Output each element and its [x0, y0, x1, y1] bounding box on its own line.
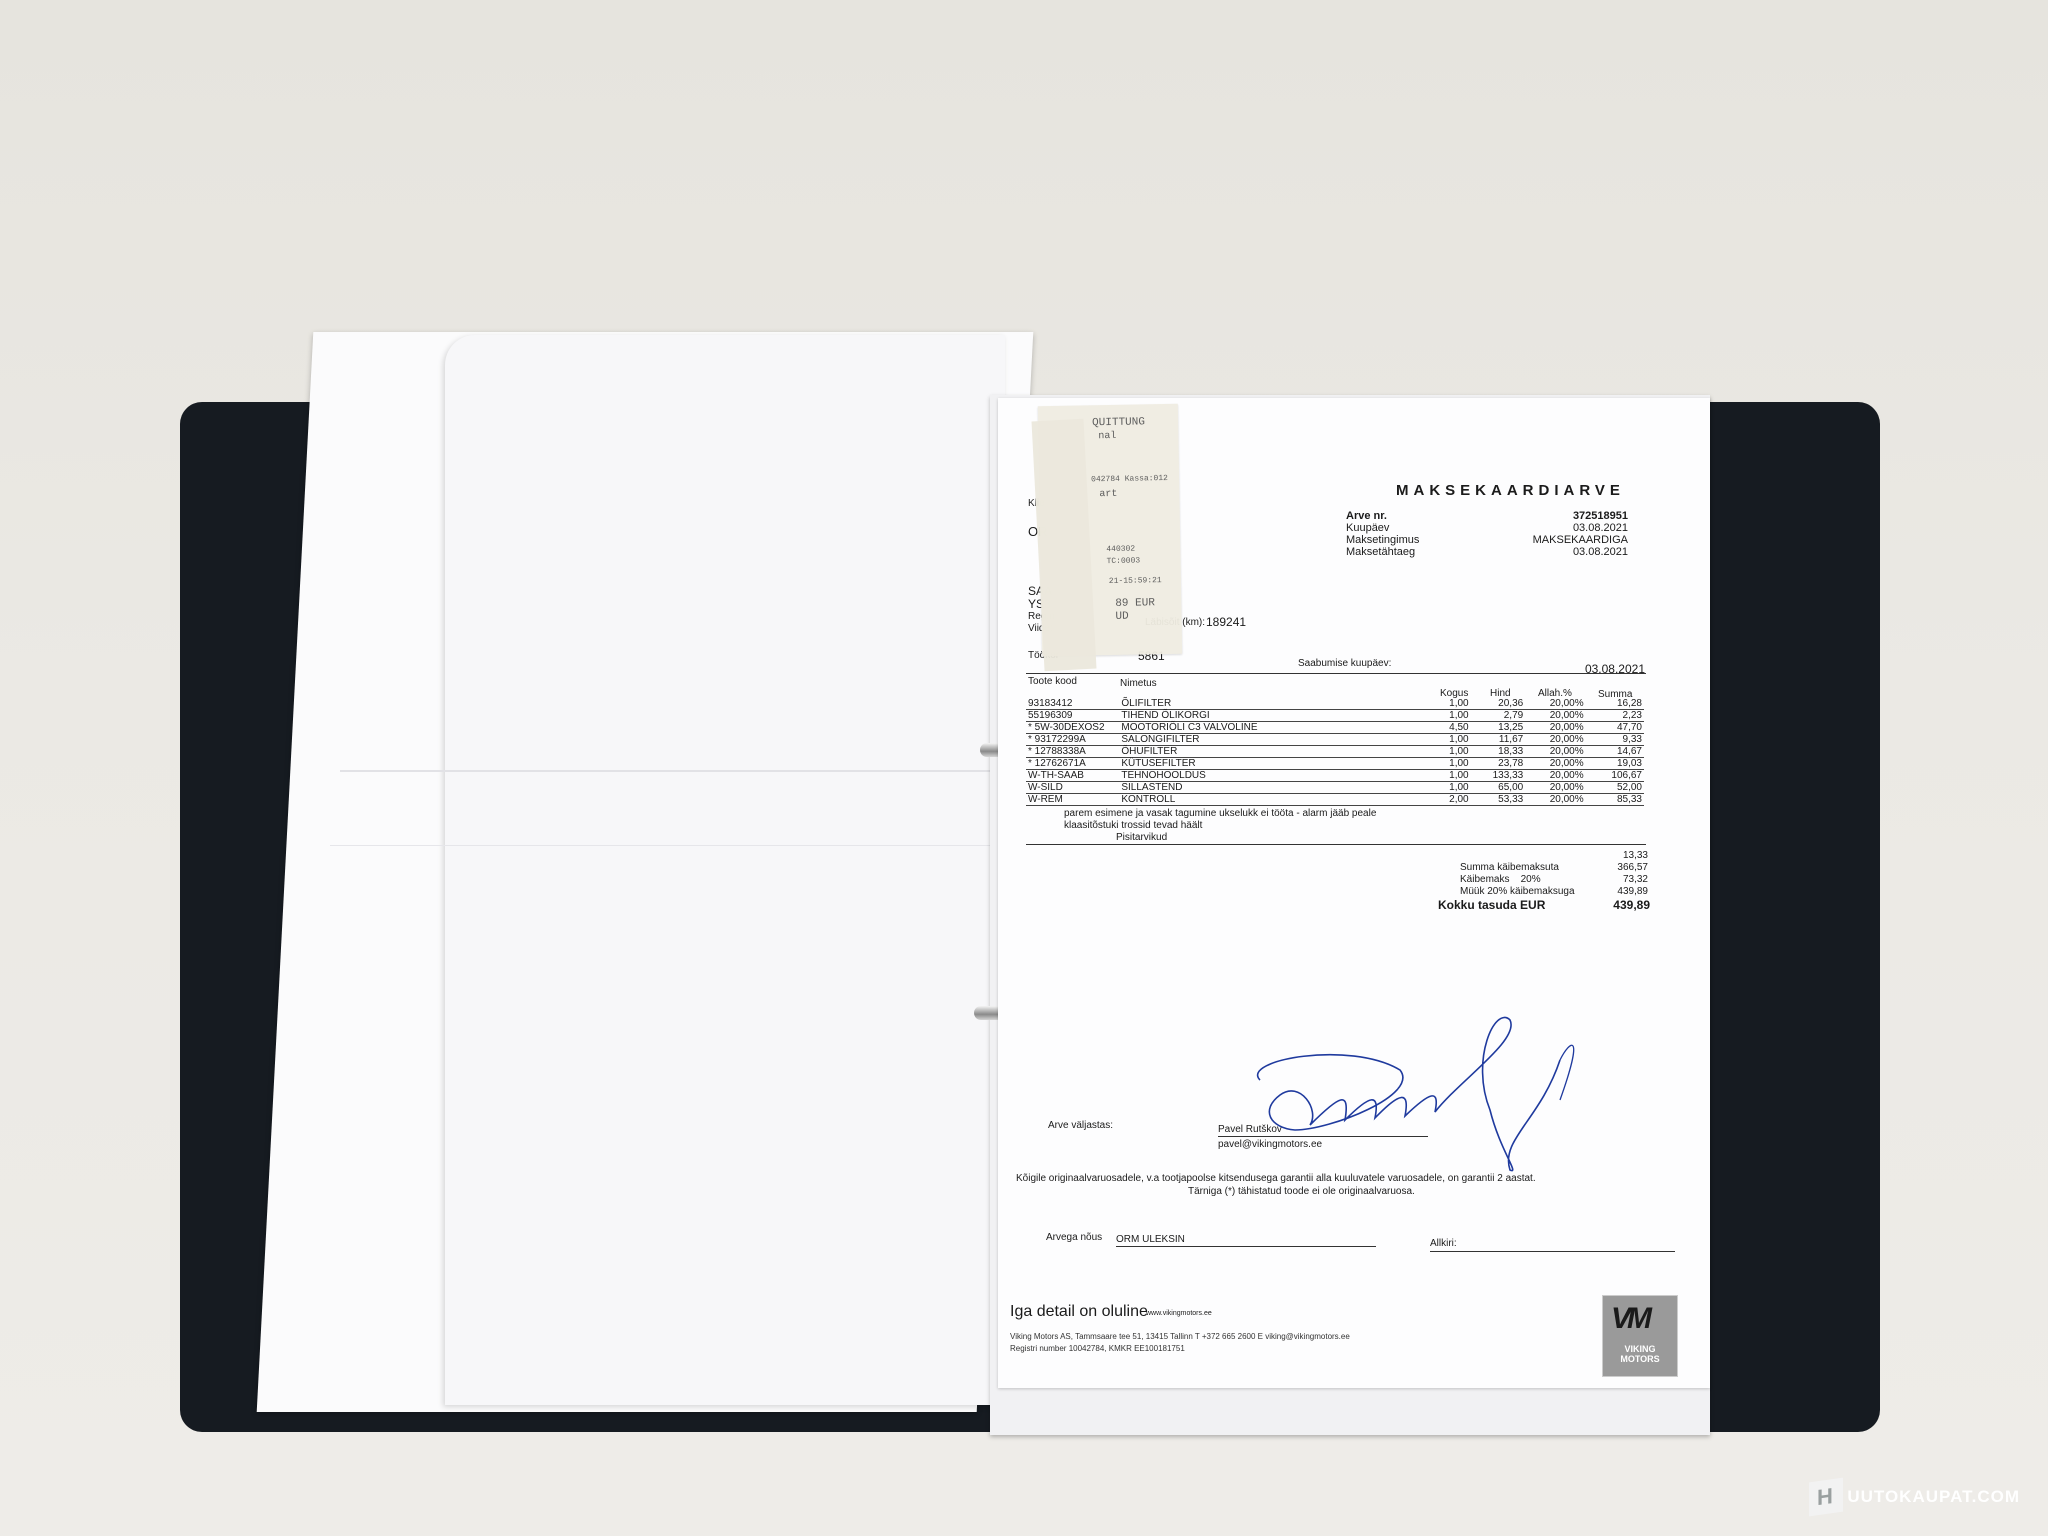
table-row: * 12788338AÕHUFILTER1,0018,3320,00%14,67	[1026, 746, 1644, 758]
item-name: TIHEND ÕLIKORGI	[1119, 710, 1418, 722]
item-price: 23,78	[1471, 758, 1526, 770]
item-price: 20,36	[1471, 698, 1526, 710]
logo-mark: VM	[1611, 1302, 1648, 1336]
receipt-line: nal	[1098, 431, 1116, 442]
footer-url: www.vikingmotors.ee	[1146, 1310, 1212, 1317]
item-code: 93183412	[1026, 698, 1119, 710]
receipt-line: 440302	[1106, 545, 1135, 555]
footer-company: Viking Motors AS, Tammsaare tee 51, 1341…	[1010, 1332, 1350, 1341]
item-sum: 85,33	[1586, 794, 1644, 806]
table-row: W-REMKONTROLL2,0053,3320,00%85,33	[1026, 794, 1644, 806]
item-price: 11,67	[1471, 734, 1526, 746]
extra-value: 13,33	[1623, 850, 1648, 861]
footer-registry: Registri number 10042784, KMKR EE1001817…	[1010, 1344, 1185, 1353]
item-qty: 1,00	[1419, 758, 1471, 770]
invoice-number: 372518951	[1573, 510, 1628, 522]
item-discount: 20,00%	[1525, 734, 1585, 746]
item-code: W-SILD	[1026, 782, 1119, 794]
item-code: W-REM	[1026, 794, 1119, 806]
item-name: MOOTORIÕLI C3 VALVOLINE	[1119, 722, 1418, 734]
item-code: 55196309	[1026, 710, 1119, 722]
item-code: * 5W-30DEXOS2	[1026, 722, 1119, 734]
subtotal-label: Summa käibemaksuta	[1460, 862, 1559, 873]
vat-label: Käibemaks 20%	[1460, 874, 1541, 885]
viking-motors-logo: VM VIKINGMOTORS	[1602, 1295, 1678, 1377]
payment-terms: MAKSEKAARDIGA	[1533, 534, 1628, 546]
item-sum: 106,67	[1586, 770, 1644, 782]
signature-icon	[0, 1000, 1700, 1200]
left-page-folded	[445, 335, 1005, 1405]
item-name: TEHNOHOOLDUS	[1119, 770, 1418, 782]
item-qty: 1,00	[1419, 710, 1471, 722]
receipt-line: art	[1099, 489, 1117, 500]
item-sum: 16,28	[1586, 698, 1644, 710]
table-row: * 12762671AKÜTUSEFILTER1,0023,7820,00%19…	[1026, 758, 1644, 770]
invoice-title: MAKSEKAARDIARVE	[1396, 482, 1625, 499]
item-discount: 20,00%	[1525, 794, 1585, 806]
receipt-line: 21-15:59:21	[1109, 576, 1162, 586]
item-qty: 2,00	[1419, 794, 1471, 806]
col-code-header: Toote kood	[1028, 676, 1077, 687]
table-row: * 93172299ASALONGIFILTER1,0011,6720,00%9…	[1026, 734, 1644, 746]
receipt-line: TC:0003	[1106, 556, 1140, 566]
logo-line: MOTORS	[1620, 1354, 1659, 1364]
item-discount: 20,00%	[1525, 710, 1585, 722]
item-code: * 12788338A	[1026, 746, 1119, 758]
table-row: 93183412ÕLIFILTER1,0020,3620,00%16,28	[1026, 698, 1644, 710]
footer-slogan: Iga detail on oluline	[1010, 1303, 1148, 1321]
item-qty: 1,00	[1419, 698, 1471, 710]
due-date-label: Maksetähtaeg	[1346, 546, 1415, 558]
vat-value: 73,32	[1623, 874, 1648, 885]
huutokaupat-logo-icon: H	[1809, 1478, 1843, 1517]
item-qty: 1,00	[1419, 782, 1471, 794]
item-discount: 20,00%	[1525, 722, 1585, 734]
item-sum: 14,67	[1586, 746, 1644, 758]
extra-label: Pisitarvikud	[1116, 832, 1167, 843]
item-sum: 47,70	[1586, 722, 1644, 734]
grand-total-label: Kokku tasuda EUR	[1438, 898, 1545, 912]
note-line: parem esimene ja vasak tagumine ukselukk…	[1064, 808, 1376, 819]
item-sum: 52,00	[1586, 782, 1644, 794]
receipt-line: QUITTUNG	[1092, 416, 1145, 429]
receipt-line: 042784 Kassa:012	[1091, 474, 1168, 484]
subtotal-value: 366,57	[1617, 862, 1648, 873]
item-discount: 20,00%	[1525, 758, 1585, 770]
note-line: klaasitõstuki trossid tevad häält	[1064, 820, 1202, 831]
table-row: * 5W-30DEXOS2MOOTORIÕLI C3 VALVOLINE4,50…	[1026, 722, 1644, 734]
item-price: 53,33	[1471, 794, 1526, 806]
item-discount: 20,00%	[1525, 698, 1585, 710]
invoice-date: 03.08.2021	[1573, 522, 1628, 534]
agree-name: ORM ULEKSIN	[1116, 1234, 1185, 1245]
total-with-vat-label: Müük 20% käibemaksuga	[1460, 886, 1575, 897]
item-name: SILLASTEND	[1119, 782, 1418, 794]
arrival-label: Saabumise kuupäev:	[1298, 658, 1391, 669]
item-code: * 12762671A	[1026, 758, 1119, 770]
item-code: * 93172299A	[1026, 734, 1119, 746]
item-price: 133,33	[1471, 770, 1526, 782]
mileage-value: 189241	[1206, 615, 1246, 629]
item-price: 65,00	[1471, 782, 1526, 794]
signature-label: Allkiri:	[1430, 1238, 1457, 1249]
payment-terms-label: Maksetingimus	[1346, 534, 1419, 546]
invoice-number-label: Arve nr.	[1346, 510, 1387, 522]
item-sum: 2,23	[1586, 710, 1644, 722]
item-sum: 19,03	[1586, 758, 1644, 770]
grand-total-value: 439,89	[1613, 898, 1650, 912]
invoice-date-label: Kuupäev	[1346, 522, 1389, 534]
total-with-vat-value: 439,89	[1617, 886, 1648, 897]
item-name: ÕHUFILTER	[1119, 746, 1418, 758]
agree-label: Arvega nõus	[1046, 1232, 1102, 1243]
item-code: W-TH-SAAB	[1026, 770, 1119, 782]
huutokaupat-watermark: H UUTOKAUPAT.COM	[1809, 1480, 2020, 1514]
invoice-items-table: 93183412ÕLIFILTER1,0020,3620,00%16,28551…	[1026, 698, 1644, 806]
item-qty: 1,00	[1419, 734, 1471, 746]
table-row: W-TH-SAABTEHNOHOOLDUS1,00133,3320,00%106…	[1026, 770, 1644, 782]
item-name: ÕLIFILTER	[1119, 698, 1418, 710]
item-price: 13,25	[1471, 722, 1526, 734]
item-name: KÜTUSEFILTER	[1119, 758, 1418, 770]
item-qty: 1,00	[1419, 770, 1471, 782]
item-price: 2,79	[1471, 710, 1526, 722]
item-qty: 1,00	[1419, 746, 1471, 758]
item-sum: 9,33	[1586, 734, 1644, 746]
page-fold-line	[340, 770, 1005, 772]
due-date: 03.08.2021	[1573, 546, 1628, 558]
receipt-line: UD	[1115, 611, 1128, 623]
item-name: SALONGIFILTER	[1119, 734, 1418, 746]
table-row: W-SILDSILLASTEND1,0065,0020,00%52,00	[1026, 782, 1644, 794]
item-discount: 20,00%	[1525, 770, 1585, 782]
item-discount: 20,00%	[1525, 746, 1585, 758]
watermark-text: UUTOKAUPAT.COM	[1847, 1487, 2020, 1507]
item-discount: 20,00%	[1525, 782, 1585, 794]
logo-line: VIKING	[1624, 1344, 1655, 1354]
item-price: 18,33	[1471, 746, 1526, 758]
item-qty: 4,50	[1419, 722, 1471, 734]
page-fold-line	[330, 845, 1000, 846]
item-name: KONTROLL	[1119, 794, 1418, 806]
col-name-header: Nimetus	[1120, 678, 1157, 689]
receipt-line: 89 EUR	[1115, 597, 1155, 610]
table-row: 55196309TIHEND ÕLIKORGI1,002,7920,00%2,2…	[1026, 710, 1644, 722]
